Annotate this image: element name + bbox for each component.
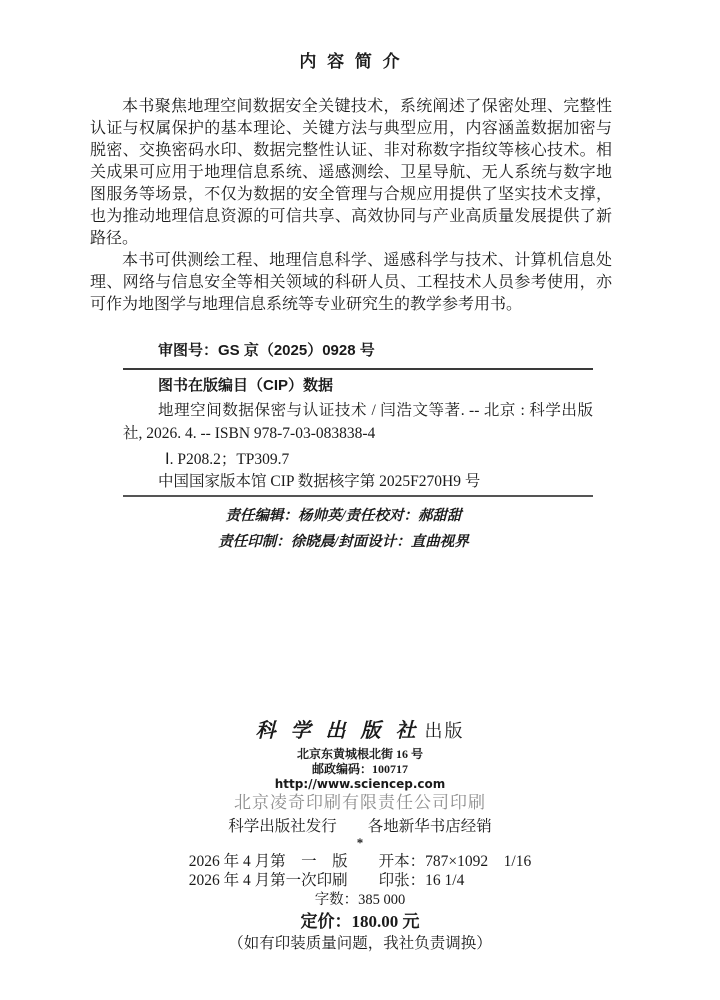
copyright-page: 内 容 简 介 本书聚焦地理空间数据安全关键技术，系统阐述了保密处理、完整性认证… xyxy=(0,0,720,1000)
publisher-postcode: 邮政编码：100717 xyxy=(0,762,720,777)
edition-line-1: 2026 年 4 月第 一 版 开本：787×1092 1/16 xyxy=(189,852,531,871)
printer-line: 北京凌奇印刷有限责任公司印刷 xyxy=(0,792,720,813)
price: 定价：180.00 元 xyxy=(0,911,720,933)
content-summary: 本书聚焦地理空间数据安全关键技术，系统阐述了保密处理、完整性认证与权属保护的基本… xyxy=(90,96,612,316)
editorial-credits: 责任编辑：杨帅英/责任校对：郝甜甜 责任印制：徐晓晨/封面设计：直曲视界 xyxy=(0,503,720,555)
imprint-block: 科 学 出 版 社 出版 北京东黄城根北街 16 号 邮政编码：100717 h… xyxy=(0,719,720,954)
editor-credits-line-2: 责任印制：徐晓晨/封面设计：直曲视界 xyxy=(0,529,720,555)
edition-info: 2026 年 4 月第 一 版 开本：787×1092 1/16 2026 年 … xyxy=(0,852,720,890)
word-count: 字数：385 000 xyxy=(0,891,720,909)
intro-paragraph-2: 本书可供测绘工程、地理信息科学、遥感科学与技术、计算机信息处理、网络与信息安全等… xyxy=(90,250,612,316)
cip-classification: Ⅰ. P208.2；TP309.7 xyxy=(123,450,593,470)
edition-info-lines: 2026 年 4 月第 一 版 开本：787×1092 1/16 2026 年 … xyxy=(189,852,531,890)
editor-credits-line-1: 责任编辑：杨帅英/责任校对：郝甜甜 xyxy=(0,503,720,529)
publisher-address: 北京东黄城根北街 16 号 xyxy=(0,747,720,762)
intro-paragraph-1: 本书聚焦地理空间数据安全关键技术，系统阐述了保密处理、完整性认证与权属保护的基本… xyxy=(90,96,612,250)
approval-and-cip-section: 审图号：GS 京（2025）0928 号 图书在版编目（CIP）数据 地理空间数… xyxy=(123,342,593,497)
edition-line-2: 2026 年 4 月第一次印刷 印张：16 1/4 xyxy=(189,871,531,890)
publisher-line: 科 学 出 版 社 出版 xyxy=(0,719,720,745)
cip-main-entry: 地理空间数据保密与认证技术 / 闫浩文等著. -- 北京 : 科学出版社, 20… xyxy=(123,400,593,445)
content-summary-title: 内 容 简 介 xyxy=(90,52,612,72)
distribution-line: 科学出版社发行 各地新华书店经销 xyxy=(0,817,720,837)
publish-label: 出版 xyxy=(425,721,465,741)
cip-data-section: 图书在版编目（CIP）数据 地理空间数据保密与认证技术 / 闫浩文等著. -- … xyxy=(123,370,593,497)
map-approval-number: 审图号：GS 京（2025）0928 号 xyxy=(123,342,593,370)
cip-heading: 图书在版编目（CIP）数据 xyxy=(123,376,593,395)
quality-notice: （如有印装质量问题，我社负责调换） xyxy=(0,934,720,954)
cip-record-number: 中国国家版本馆 CIP 数据核字第 2025F270H9 号 xyxy=(123,472,593,492)
publisher-website: http://www.sciencep.com xyxy=(0,777,720,792)
section-separator-star: * xyxy=(0,837,720,849)
page-content: 内 容 简 介 本书聚焦地理空间数据安全关键技术，系统阐述了保密处理、完整性认证… xyxy=(0,0,720,954)
publisher-logotype: 科 学 出 版 社 xyxy=(256,720,421,742)
